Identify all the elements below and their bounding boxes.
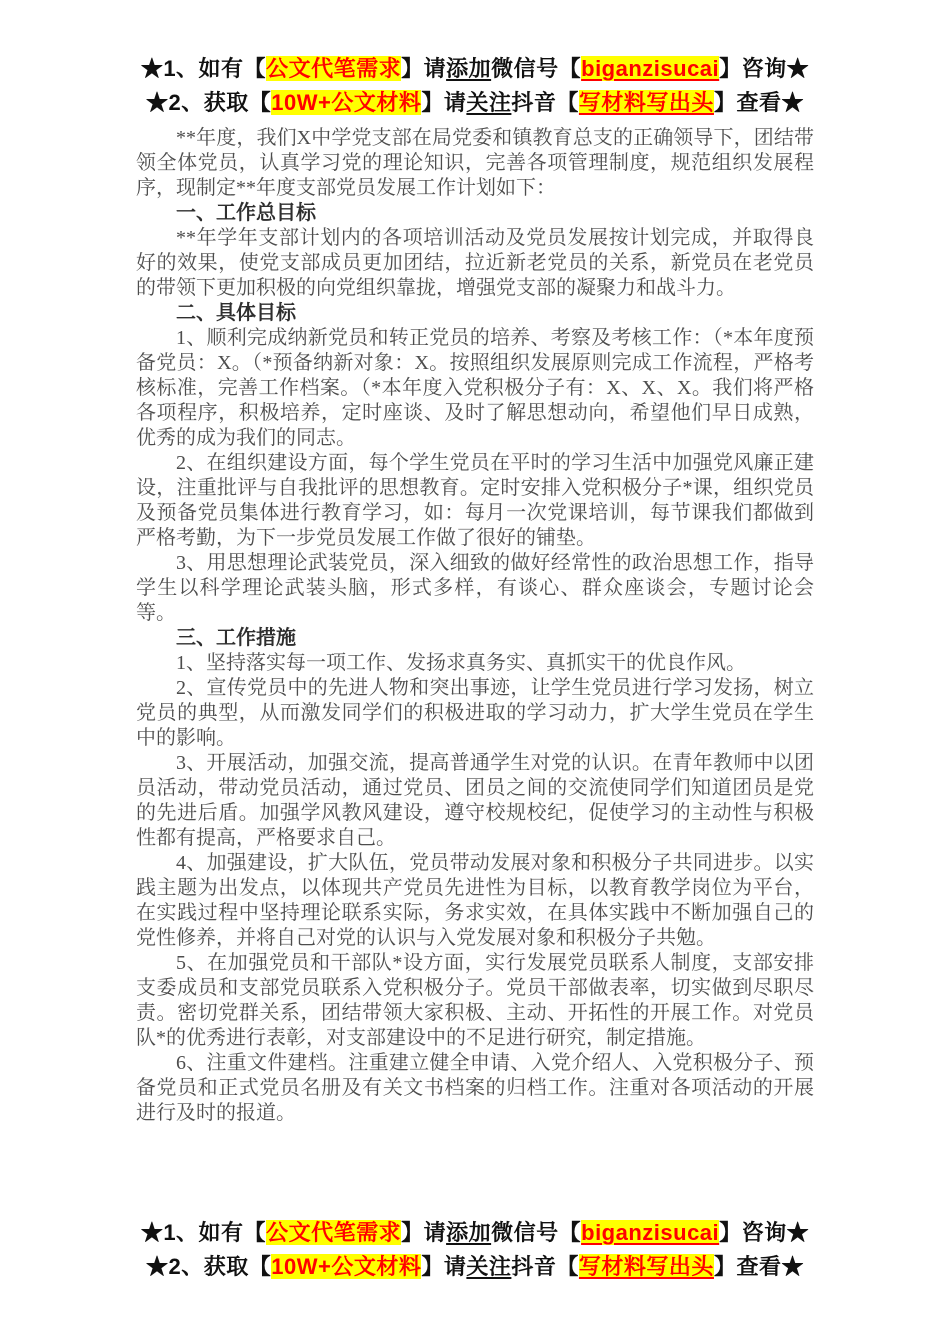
promo-line: ★1、如有【公文代笔需求】请添加微信号【biganzisucai】咨询★ — [0, 52, 950, 86]
doc-paragraph: 1、坚持落实每一项工作、发扬求真务实、真抓实干的优良作风。 — [136, 651, 814, 676]
promo-text: 抖音【 — [511, 90, 579, 115]
promo-text: 】查看★ — [714, 1254, 804, 1279]
promo-text: 关注 — [466, 1254, 511, 1279]
promo-text: 微信号【 — [491, 56, 581, 81]
doc-paragraph: 3、开展活动，加强交流，提高普通学生对党的认识。在青年教师中以团员活动，带动党员… — [136, 751, 814, 851]
promo-highlight-text: 公文代笔需求 — [266, 1220, 401, 1245]
doc-paragraph: **年度，我们X中学党支部在局党委和镇教育总支的正确领导下，团结带领全体党员，认… — [136, 126, 814, 201]
doc-paragraph: 4、加强建设，扩大队伍，党员带动发展对象和积极分子共同进步。以实践主题为出发点，… — [136, 851, 814, 951]
doc-paragraph: 1、顺利完成纳新党员和转正党员的培养、考察及考核工作：（*本年度预备党员：X。（… — [136, 326, 814, 451]
promo-text: 】请 — [421, 1254, 466, 1279]
promo-text: 】请 — [401, 1220, 446, 1245]
doc-paragraph: **年学年支部计划内的各项培训活动及党员发展按计划完成，并取得良好的效果，使党支… — [136, 226, 814, 301]
promo-text: ★1、如有【 — [141, 56, 266, 81]
doc-paragraph: 2、在组织建设方面，每个学生党员在平时的学习生活中加强党风廉正建设，注重批评与自… — [136, 451, 814, 551]
promo-text: ★1、如有【 — [141, 1220, 266, 1245]
promo-line: ★2、获取【10W+公文材料】请关注抖音【写材料写出头】查看★ — [0, 86, 950, 120]
footer-promo-block: ★1、如有【公文代笔需求】请添加微信号【biganzisucai】咨询★★2、获… — [0, 1216, 950, 1284]
promo-line: ★2、获取【10W+公文材料】请关注抖音【写材料写出头】查看★ — [0, 1250, 950, 1284]
promo-highlight-text: 写材料写出头 — [579, 1254, 714, 1279]
promo-text: 】请 — [421, 90, 466, 115]
promo-highlight-text: 公文代笔需求 — [266, 56, 401, 81]
promo-line: ★1、如有【公文代笔需求】请添加微信号【biganzisucai】咨询★ — [0, 1216, 950, 1250]
promo-text: 】咨询★ — [719, 56, 809, 81]
promo-highlight-text: 写材料写出头 — [579, 90, 714, 115]
promo-highlight-text: biganzisucai — [581, 1220, 719, 1245]
promo-text: 添加 — [446, 56, 491, 81]
promo-text: 微信号【 — [491, 1220, 581, 1245]
section-heading: 三、工作措施 — [136, 626, 814, 651]
doc-paragraph: 3、用思想理论武装党员，深入细致的做好经常性的政治思想工作，指导学生以科学理论武… — [136, 551, 814, 626]
promo-text: 】查看★ — [714, 90, 804, 115]
header-promo-block: ★1、如有【公文代笔需求】请添加微信号【biganzisucai】咨询★★2、获… — [0, 0, 950, 120]
doc-paragraph: 5、在加强党员和干部队*设方面，实行发展党员联系人制度，支部安排支委成员和支部党… — [136, 951, 814, 1051]
document-body: **年度，我们X中学党支部在局党委和镇教育总支的正确领导下，团结带领全体党员，认… — [136, 126, 814, 1126]
promo-highlight-text: biganzisucai — [581, 56, 719, 81]
promo-text: 关注 — [466, 90, 511, 115]
promo-text: ★2、获取【 — [146, 90, 271, 115]
section-heading: 一、工作总目标 — [136, 201, 814, 226]
doc-paragraph: 2、宣传党员中的先进人物和突出事迹，让学生党员进行学习发扬，树立党员的典型，从而… — [136, 676, 814, 751]
promo-text: 】请 — [401, 56, 446, 81]
doc-paragraph: 6、注重文件建档。注重建立健全申请、入党介绍人、入党积极分子、预备党员和正式党员… — [136, 1051, 814, 1126]
promo-highlight-text: 10W+公文材料 — [271, 90, 421, 115]
promo-highlight-text: 10W+公文材料 — [271, 1254, 421, 1279]
promo-text: 添加 — [446, 1220, 491, 1245]
section-heading: 二、具体目标 — [136, 301, 814, 326]
promo-text: ★2、获取【 — [146, 1254, 271, 1279]
promo-text: 】咨询★ — [719, 1220, 809, 1245]
promo-text: 抖音【 — [511, 1254, 579, 1279]
document-page: ★1、如有【公文代笔需求】请添加微信号【biganzisucai】咨询★★2、获… — [0, 0, 950, 1344]
